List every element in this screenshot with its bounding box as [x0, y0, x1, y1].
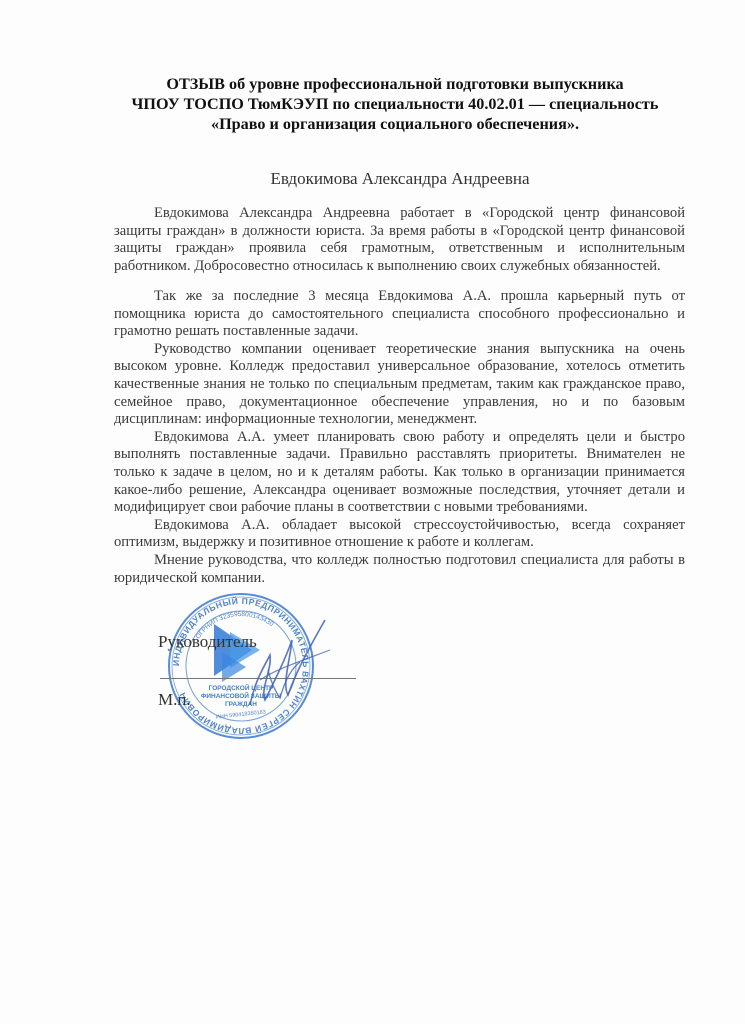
paragraph: Так же за последние 3 месяца Евдокимова …	[114, 288, 685, 341]
title-line-3: «Право и организация социального обеспеч…	[100, 114, 690, 134]
paragraph: Мнение руководства, что колледж полность…	[114, 552, 685, 587]
paragraph: Руководство компании оценивает теоретиче…	[114, 341, 685, 429]
title-line-1: ОТЗЫВ об уровне профессиональной подгото…	[100, 74, 690, 94]
body-block-2: Так же за последние 3 месяца Евдокимова …	[114, 288, 685, 587]
title-line-2: ЧПОУ ТОСПО ТюмКЭУП по специальности 40.0…	[100, 94, 690, 114]
seal-label: М.п.	[158, 690, 191, 710]
document-title: ОТЗЫВ об уровне профессиональной подгото…	[100, 74, 690, 134]
paragraph: Евдокимова Александра Андреевна работает…	[114, 205, 685, 275]
paragraph: Евдокимова А.А. обладает высокой стрессо…	[114, 517, 685, 552]
handwritten-signature-icon	[230, 610, 340, 720]
paragraph: Евдокимова А.А. умеет планировать свою р…	[114, 429, 685, 517]
person-name: Евдокимова Александра Андреевна	[100, 168, 700, 190]
body-block-1: Евдокимова Александра Андреевна работает…	[114, 205, 685, 275]
document-page: ОТЗЫВ об уровне профессиональной подгото…	[0, 0, 745, 1024]
